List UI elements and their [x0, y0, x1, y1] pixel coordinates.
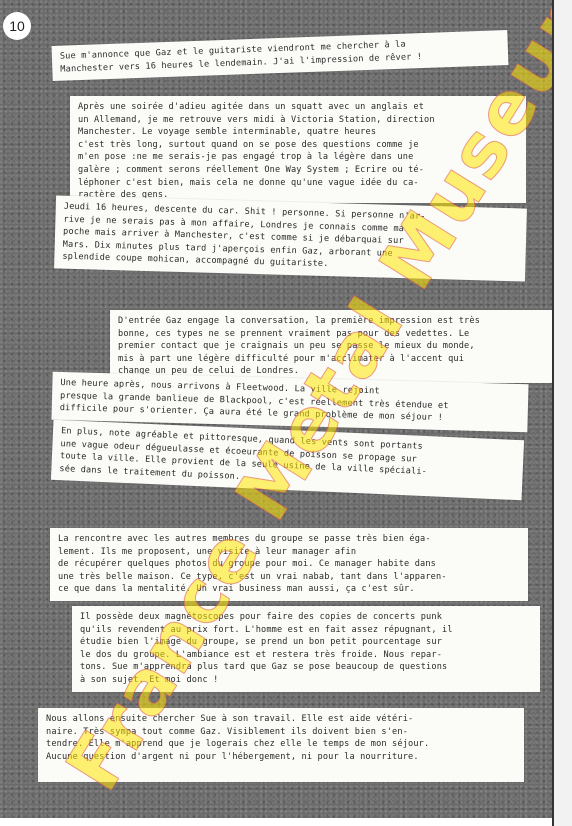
page-number-badge: 10 — [3, 12, 31, 40]
text-clipping-3: Jeudi 16 heures, descente du car. Shit !… — [54, 195, 527, 281]
scanned-fanzine-page: 10 Sue m'annonce que Gaz et le guitarist… — [0, 0, 552, 818]
text-clipping-2: Après une soirée d'adieu agitée dans un … — [70, 96, 526, 203]
text-clipping-4: D'entrée Gaz engage la conversation, la … — [110, 310, 556, 383]
text-clipping-9: Nous allons ensuite chercher Sue à son t… — [38, 708, 524, 782]
adjacent-page-edge — [552, 0, 572, 826]
text-clipping-8: Il possède deux magnétoscopes pour faire… — [72, 606, 540, 692]
text-clipping-1: Sue m'annonce que Gaz et le guitariste v… — [52, 30, 509, 81]
text-clipping-6: En plus, note agréable et pittoresque, q… — [51, 420, 524, 501]
text-clipping-7: La rencontre avec les autres membres du … — [50, 528, 528, 601]
